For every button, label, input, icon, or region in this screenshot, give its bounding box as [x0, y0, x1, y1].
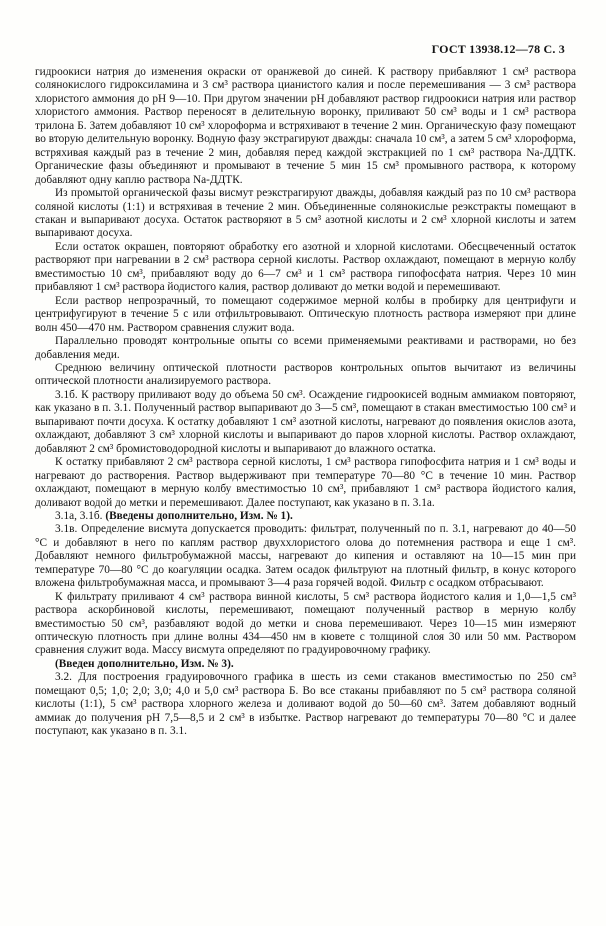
paragraph: Из промытой органической фазы висмут реэ… [35, 187, 576, 241]
text-run: 3.1в. Определение висмута допускается пр… [35, 523, 576, 589]
gost-standard-number: ГОСТ 13938.12—78 С. 3 [432, 42, 565, 56]
paragraph: 3.1б. К раствору приливают воду до объем… [35, 389, 576, 456]
text-run: 3.2. Для построения градуировочного граф… [35, 671, 576, 737]
page-header: ГОСТ 13938.12—78 С. 3 [35, 42, 565, 57]
text-run: Из промытой органической фазы висмут реэ… [35, 187, 576, 239]
text-run: Среднюю величину оптической плотности ра… [35, 362, 576, 387]
paragraph: гидроокиси натрия до изменения окраски о… [35, 66, 576, 187]
text-run: 3.1б. К раствору приливают воду до объем… [35, 389, 576, 455]
document-body: гидроокиси натрия до изменения окраски о… [35, 66, 576, 739]
text-run: К фильтрату приливают 4 см³ раствора вин… [35, 591, 576, 657]
paragraph: (Введен дополнительно, Изм. № 3). [35, 658, 576, 671]
paragraph: Если остаток окрашен, повторяют обработк… [35, 241, 576, 295]
paragraph: 3.2. Для построения градуировочного граф… [35, 671, 576, 738]
paragraph: Если раствор непрозрачный, то помещают с… [35, 295, 576, 335]
text-run: гидроокиси натрия до изменения окраски о… [35, 66, 576, 186]
paragraph: 3.1в. Определение висмута допускается пр… [35, 523, 576, 590]
bold-text-run: (Введены дополнительно, Изм. № 1). [105, 510, 292, 522]
paragraph: 3.1а, 3.1б. (Введены дополнительно, Изм.… [35, 510, 576, 523]
text-run: 3.1а, 3.1б. [55, 510, 105, 522]
paragraph: К фильтрату приливают 4 см³ раствора вин… [35, 591, 576, 658]
text-run: К остатку прибавляют 2 см³ раствора серн… [35, 456, 576, 508]
paragraph: Параллельно проводят контрольные опыты с… [35, 335, 576, 362]
paragraph: Среднюю величину оптической плотности ра… [35, 362, 576, 389]
text-run: Если остаток окрашен, повторяют обработк… [35, 241, 576, 293]
paragraph: К остатку прибавляют 2 см³ раствора серн… [35, 456, 576, 510]
document-page: ГОСТ 13938.12—78 С. 3 гидроокиси натрия … [0, 0, 606, 926]
bold-text-run: (Введен дополнительно, Изм. № 3). [55, 658, 234, 670]
text-run: Если раствор непрозрачный, то помещают с… [35, 295, 576, 334]
text-run: Параллельно проводят контрольные опыты с… [35, 335, 576, 360]
